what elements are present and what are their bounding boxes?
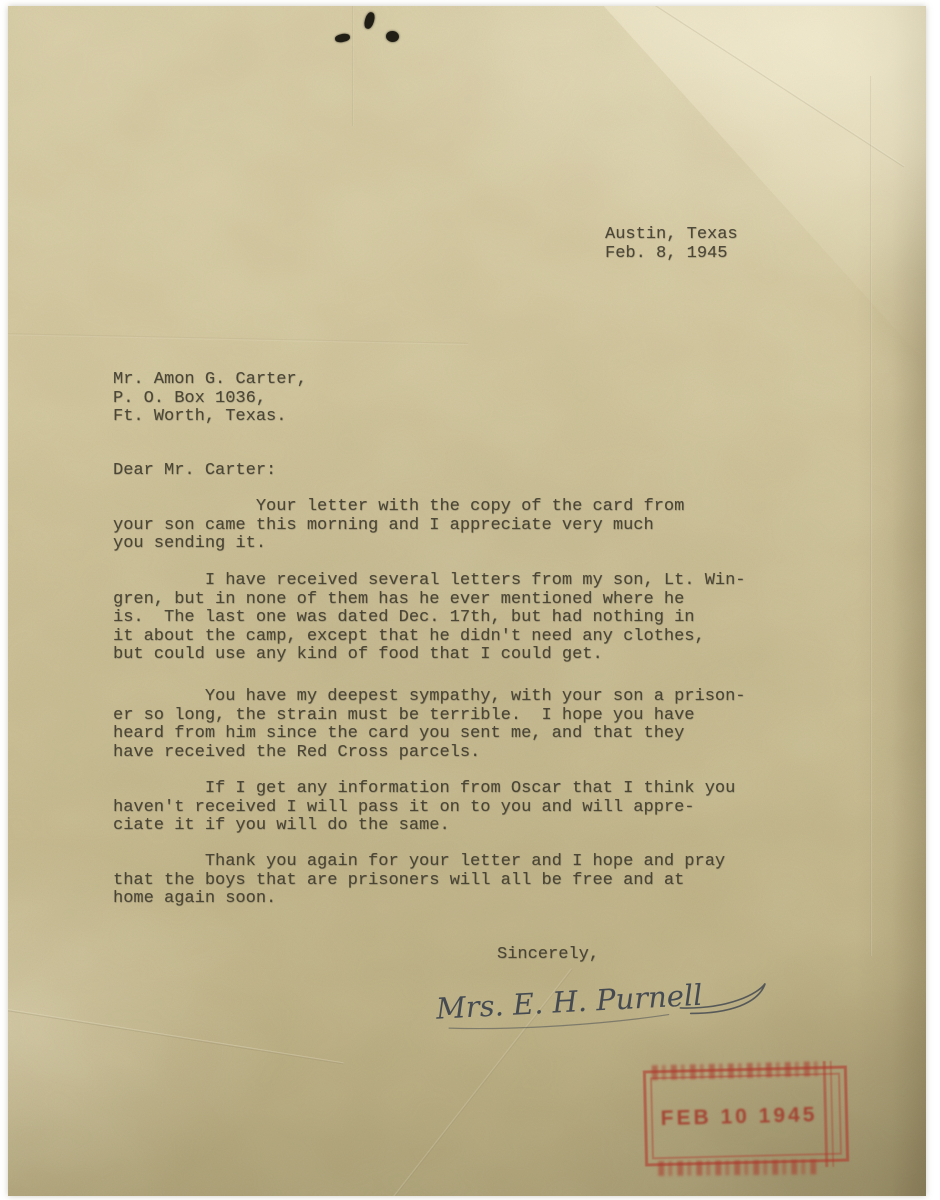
text-line: er so long, the strain must be terrible.…	[113, 707, 746, 726]
text-line: Ft. Worth, Texas.	[113, 408, 307, 427]
staple-mark	[334, 33, 350, 43]
crease-line-right-edge	[870, 76, 872, 956]
text-line: You have my deepest sympathy, with your …	[113, 688, 746, 707]
received-stamp: FEB 10 1945	[643, 1066, 849, 1167]
text-line: have received the Red Cross parcels.	[113, 744, 746, 763]
text-line: haven't received I will pass it on to yo…	[113, 799, 735, 818]
stamp-date: FEB 10 1945	[647, 1103, 832, 1131]
text-line: Thank you again for your letter and I ho…	[113, 853, 725, 872]
text-line: ciate it if you will do the same.	[113, 817, 735, 836]
text-line: P. O. Box 1036,	[113, 390, 307, 409]
paragraph-5: Thank you again for your letter and I ho…	[113, 853, 725, 909]
signature: Mrs. E. H. Purnell	[428, 968, 778, 1038]
text-line: gren, but in none of them has he ever me…	[113, 591, 746, 610]
crease-line-bottom-left	[8, 1006, 344, 1064]
stamp-smudged-text-bottom	[658, 1159, 818, 1176]
staple-mark	[385, 30, 399, 42]
text-line: your son came this morning and I appreci…	[113, 517, 684, 536]
text-line: heard from him since the card you sent m…	[113, 725, 746, 744]
text-line: Feb. 8, 1945	[605, 245, 738, 264]
dateline: Austin, TexasFeb. 8, 1945	[605, 226, 738, 263]
scanned-letter-page: Austin, TexasFeb. 8, 1945 Mr. Amon G. Ca…	[0, 0, 940, 1200]
signature-text: Mrs. E. H. Purnell	[434, 978, 703, 1026]
paragraph-2: I have received several letters from my …	[113, 572, 746, 665]
paragraph-3: You have my deepest sympathy, with your …	[113, 688, 746, 762]
recipient-address: Mr. Amon G. Carter,P. O. Box 1036,Ft. Wo…	[113, 371, 307, 427]
text-line: home again soon.	[113, 890, 725, 909]
crease-line-middle-left	[8, 333, 468, 345]
text-line: If I get any information from Oscar that…	[113, 780, 735, 799]
text-line: Mr. Amon G. Carter,	[113, 371, 307, 390]
staple-mark	[363, 11, 376, 30]
text-line: it about the camp, except that he didn't…	[113, 628, 746, 647]
text-line: I have received several letters from my …	[113, 572, 746, 591]
paragraph-1: Your letter with the copy of the card fr…	[113, 498, 684, 554]
text-line: is. The last one was dated Dec. 17th, bu…	[113, 609, 746, 628]
text-line: Your letter with the copy of the card fr…	[113, 498, 684, 517]
letter-paper: Austin, TexasFeb. 8, 1945 Mr. Amon G. Ca…	[8, 6, 926, 1196]
text-line: Austin, Texas	[605, 226, 738, 245]
text-line: you sending it.	[113, 535, 684, 554]
closing: Sincerely,	[497, 946, 599, 965]
crease-line-top-center	[352, 6, 354, 126]
salutation: Dear Mr. Carter:	[113, 462, 276, 481]
text-line: that the boys that are prisoners will al…	[113, 872, 725, 891]
fold-highlight-top-right	[513, 6, 926, 363]
paragraph-4: If I get any information from Oscar that…	[113, 780, 735, 836]
text-line: but could use any kind of food that I co…	[113, 646, 746, 665]
